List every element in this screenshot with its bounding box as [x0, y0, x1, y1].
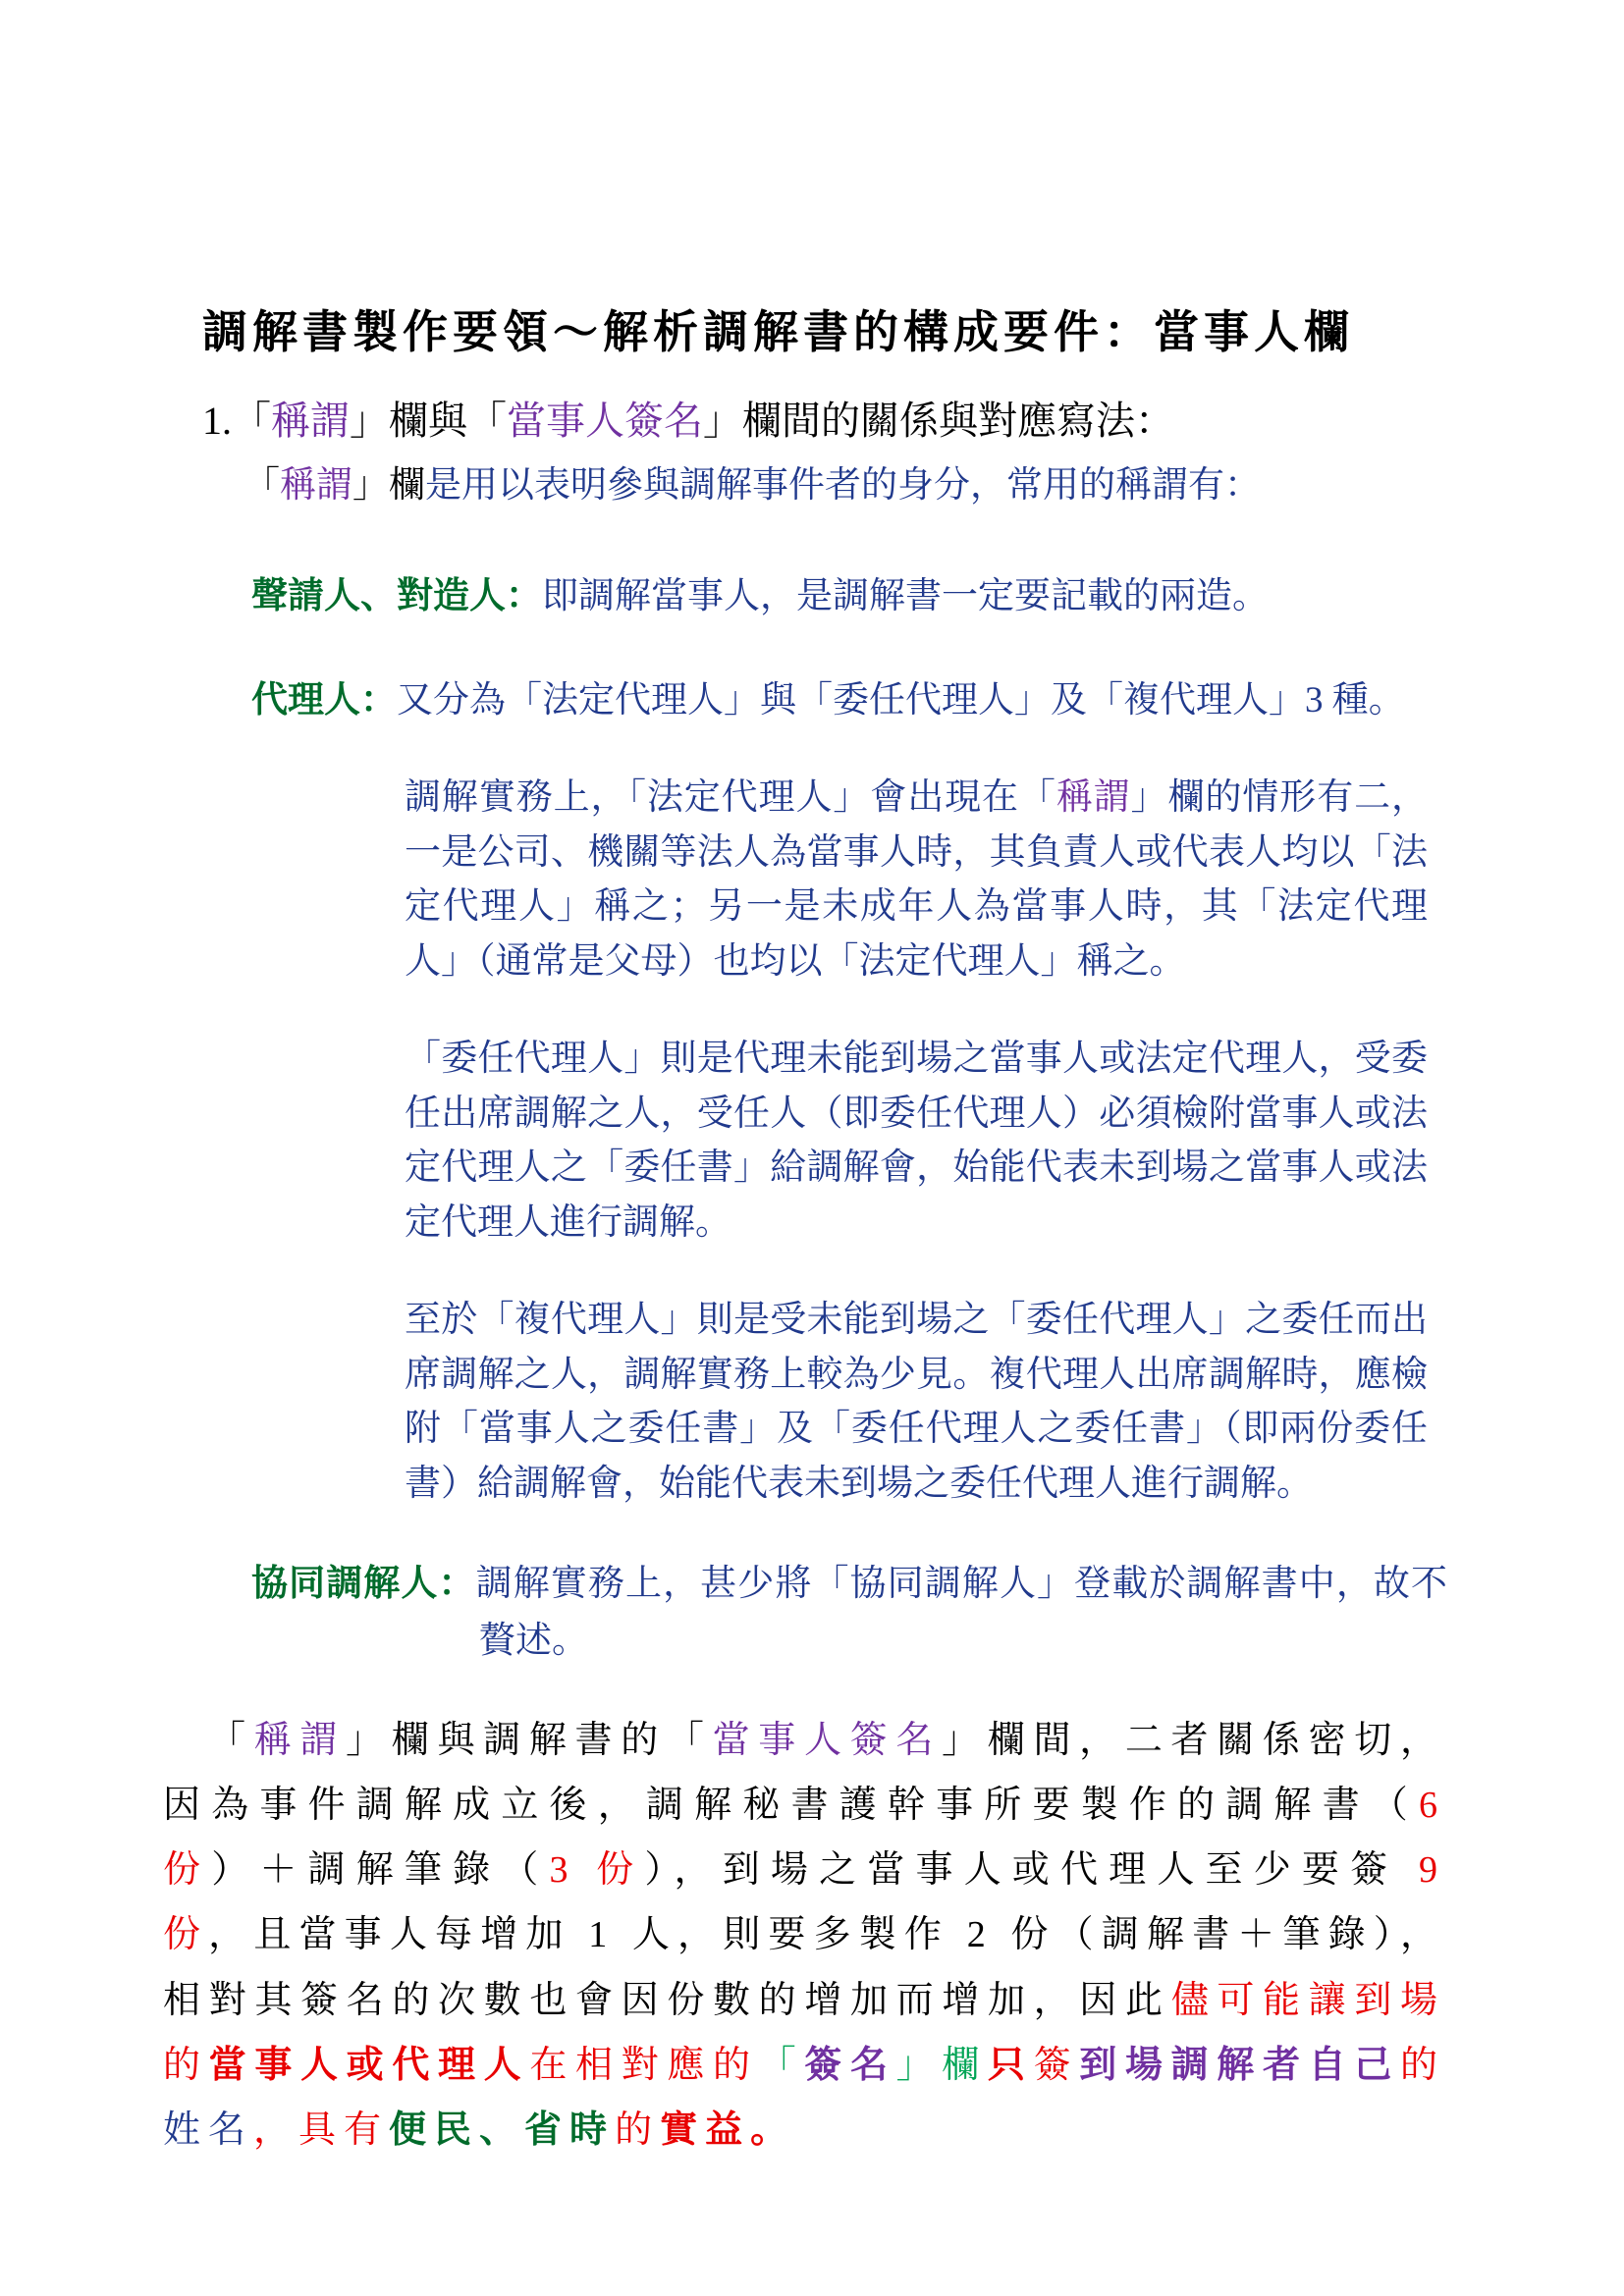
paragraph-sub-agent: 至於「複代理人」則是受未能到場之「委任代理人」之委任而出席調解之人，調解實務上較… [405, 1293, 1428, 1511]
text-run: 」欄 [896, 2045, 988, 2086]
text-run: 在相對應的 [529, 2045, 758, 2086]
text-run: 」欄與調解書的「 [346, 1720, 713, 1761]
section-1-heading: 1.「稱謂」欄與「當事人簽名」欄間的關係與對應寫法： [202, 394, 1477, 449]
term-co-mediator-line: 協同調解人：調解實務上，甚少將「協同調解人」登載於調解書中，故不贅述。 [251, 1556, 1447, 1669]
paragraph-legal-agent: 調解實務上，「法定代理人」會出現在「稱謂」欄的情形有二，一是公司、機關等法人為當… [405, 771, 1428, 988]
text-run: 是用以表明參與調解事件者的身分，常用的稱謂有： [425, 465, 1261, 506]
text-run: 「 [759, 2045, 805, 2086]
paragraph-closing: 「稱謂」欄與調解書的「當事人簽名」欄間，二者關係密切，因為事件調解成立後，調解秘… [163, 1708, 1445, 2163]
text-run: 姓名 [163, 2109, 253, 2151]
text-run: 」欄間的關係與對應寫法： [703, 399, 1174, 443]
text-run: 1.「 [202, 399, 271, 443]
document-title: 調解書製作要領～解析調解書的構成要件：當事人欄 [202, 306, 1437, 358]
text-run: 具有 [298, 2109, 389, 2151]
text-run: 當事人或代理人 [209, 2045, 530, 2086]
document-page: 調解書製作要領～解析調解書的構成要件：當事人欄 1.「稱謂」欄與「當事人簽名」欄… [0, 0, 1624, 2296]
text-run: 「委任代理人」則是代理未能到場之當事人或法定代理人，受委任出席調解之人，受任人（… [405, 1039, 1428, 1243]
text-run: 調解實務上，甚少將「協同調解人」登載於調解書中，故不贅述。 [476, 1564, 1447, 1660]
text-run: 實益。 [660, 2109, 795, 2151]
text-run: 簽名 [804, 2045, 895, 2086]
term-agent-line: 代理人：又分為「法定代理人」與「委任代理人」及「複代理人」3 種。 [251, 673, 1467, 728]
text-run: 的 [615, 2109, 660, 2151]
text-run: 又分為「法定代理人」與「委任代理人」及「複代理人」3 種。 [397, 680, 1405, 721]
text-run: ， [253, 2109, 298, 2151]
text-run: 3 份 [549, 1849, 644, 1891]
text-run: 稱謂 [254, 1720, 346, 1761]
text-run: 至於「複代理人」則是受未能到場之「委任代理人」之委任而出席調解之人，調解實務上較… [405, 1300, 1428, 1504]
text-run: 」欄 [352, 465, 425, 506]
text-run: ），到場之當事人或代理人至少要簽 [644, 1849, 1419, 1891]
text-run: 的 [1400, 2045, 1445, 2086]
paragraph-entrusted-agent: 「委任代理人」則是代理未能到場之當事人或法定代理人，受委任出席調解之人，受任人（… [405, 1032, 1428, 1250]
text-run: 便民、省時 [389, 2109, 615, 2151]
text-run: ）＋調解筆錄（ [211, 1849, 549, 1891]
text-run: 當事人簽名 [507, 399, 703, 443]
text-run: 稱謂 [280, 465, 352, 506]
text-run: 「 [244, 465, 280, 506]
text-run: 稱謂 [271, 399, 350, 443]
section-1-subtitle: 「稱謂」欄是用以表明參與調解事件者的身分，常用的稱謂有： [244, 458, 1477, 513]
text-run: 到場調解者自己 [1079, 2045, 1400, 2086]
text-run: 只 [988, 2045, 1034, 2086]
text-run: 代理人： [251, 680, 397, 721]
text-run: 調解實務上，「法定代理人」會出現在「 [405, 777, 1056, 818]
text-run: 協同調解人： [251, 1564, 476, 1604]
text-run: 「 [208, 1720, 254, 1761]
text-run: 聲請人、對造人： [251, 576, 542, 616]
text-run: 稱謂 [1056, 777, 1131, 818]
text-run: 簽 [1034, 2045, 1080, 2086]
term-claimant-line: 聲請人、對造人：即調解當事人，是調解書一定要記載的兩造。 [251, 569, 1467, 624]
text-run: 當事人簽名 [713, 1720, 942, 1761]
text-run: 」欄與「 [350, 399, 507, 443]
text-run: 即調解當事人，是調解書一定要記載的兩造。 [542, 576, 1269, 616]
